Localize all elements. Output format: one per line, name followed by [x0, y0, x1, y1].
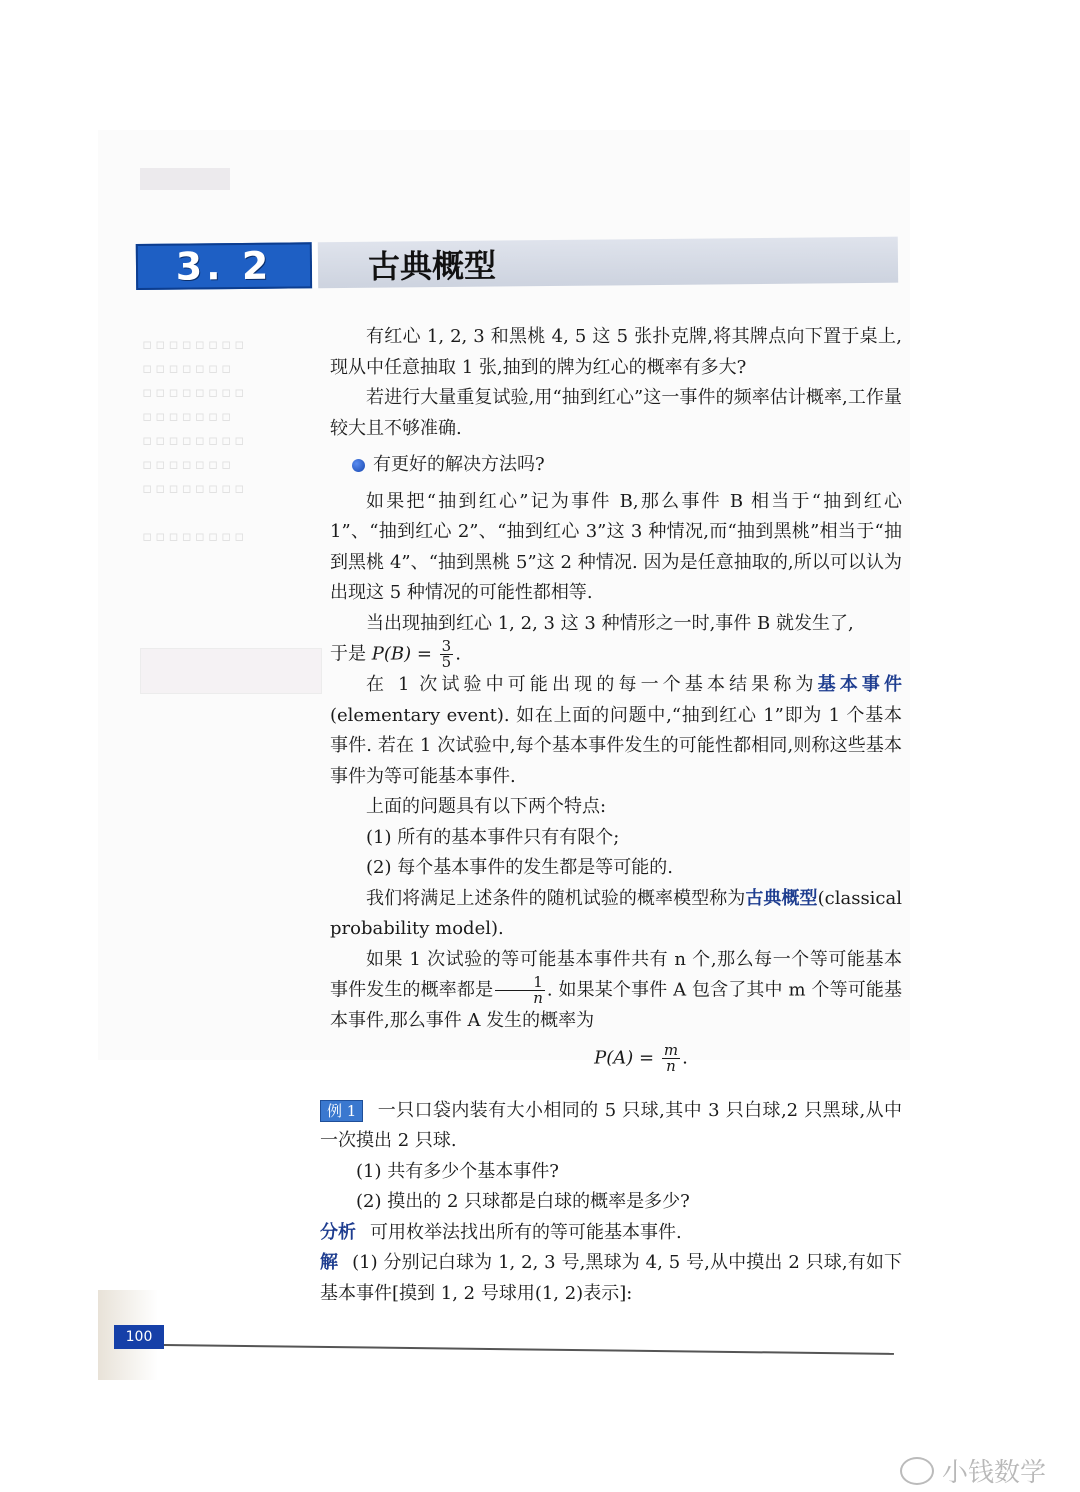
watermark: 小钱数学 [900, 1452, 1046, 1489]
solution-label: 解 [320, 1252, 338, 1273]
footer-rule [164, 1344, 894, 1355]
bleed-through-text: ▫▫▫▫▫▫▫▫▫▫▫▫▫▫▫▫▫▫▫▫▫▫▫▫▫▫▫▫▫▫▫▫▫▫▫▫▫▫▫▫… [142, 332, 322, 548]
bleed-through-table [140, 648, 322, 694]
guiding-question-text: 有更好的解决方法吗? [373, 450, 545, 481]
features-intro: 上面的问题具有以下两个特点: [330, 792, 902, 823]
section-title-bar: 3. 2 古典概型 [136, 237, 898, 290]
guiding-question: 有更好的解决方法吗? [330, 450, 902, 481]
example-question-1: (1) 共有多少个基本事件? [320, 1157, 902, 1188]
feature-1: (1) 所有的基本事件只有有限个; [330, 823, 902, 854]
classical-probability-formula: P(A) = mn. [330, 1043, 902, 1074]
watermark-face-icon [900, 1457, 934, 1485]
faded-running-header [140, 168, 230, 190]
example-statement: 例 1一只口袋内装有大小相同的 5 只球,其中 3 只白球,2 只黑球,从中一次… [320, 1096, 902, 1157]
example-question-2: (2) 摸出的 2 只球都是白球的概率是多少? [320, 1187, 902, 1218]
example-1: 例 1一只口袋内装有大小相同的 5 只球,其中 3 只白球,2 只黑球,从中一次… [320, 1096, 902, 1310]
event-b-occurs-paragraph: 当出现抽到红心 1, 2, 3 这 3 种情形之一时,事件 B 就发生了, [330, 609, 902, 640]
feature-2: (2) 每个基本事件的发生都是等可能的. [330, 853, 902, 884]
pb-lhs: P(B) = [372, 644, 438, 665]
watermark-text: 小钱数学 [942, 1452, 1046, 1489]
fraction-3-5: 35 [440, 639, 454, 670]
probability-paragraph: 如果 1 次试验的等可能基本事件共有 n 个,那么每一个等可能基本事件发生的概率… [330, 945, 902, 1037]
intro-paragraph: 有红心 1, 2, 3 和黑桃 4, 5 这 5 张扑克牌,将其牌点向下置于桌上… [330, 322, 902, 383]
classical-model-definition: 我们将满足上述条件的随机试验的概率模型称为古典概型(classical prob… [330, 884, 902, 945]
main-content: 有红心 1, 2, 3 和黑桃 4, 5 这 5 张扑克牌,将其牌点向下置于桌上… [330, 322, 902, 1309]
fraction-1-n: 1n [495, 975, 545, 1006]
example-analysis: 分析可用枚举法找出所有的等可能基本事件. [320, 1218, 902, 1249]
event-b-paragraph: 如果把“抽到红心”记为事件 B,那么事件 B 相当于“抽到红心 1”、“抽到红心… [330, 487, 902, 609]
blue-bullet-icon [352, 459, 365, 472]
term-classical-model: 古典概型 [745, 888, 817, 909]
frequency-paragraph: 若进行大量重复试验,用“抽到红心”这一事件的频率估计概率,工作量较大且不够准确. [330, 383, 902, 444]
section-number: 3. 2 [136, 242, 312, 290]
page-number: 100 [114, 1325, 164, 1349]
elementary-event-definition: 在 1 次试验中可能出现的每一个基本结果称为基本事件(elementary ev… [330, 670, 902, 792]
example-tag: 例 1 [320, 1100, 363, 1122]
example-solution: 解(1) 分别记白球为 1, 2, 3 号,黑球为 4, 5 号,从中摸出 2 … [320, 1248, 902, 1309]
section-title: 古典概型 [318, 237, 898, 289]
fraction-m-n: mn [662, 1043, 680, 1074]
analysis-label: 分析 [320, 1222, 356, 1243]
pb-formula-line: 于是 P(B) = 35. [330, 639, 902, 670]
term-elementary-event: 基本事件 [818, 674, 902, 695]
